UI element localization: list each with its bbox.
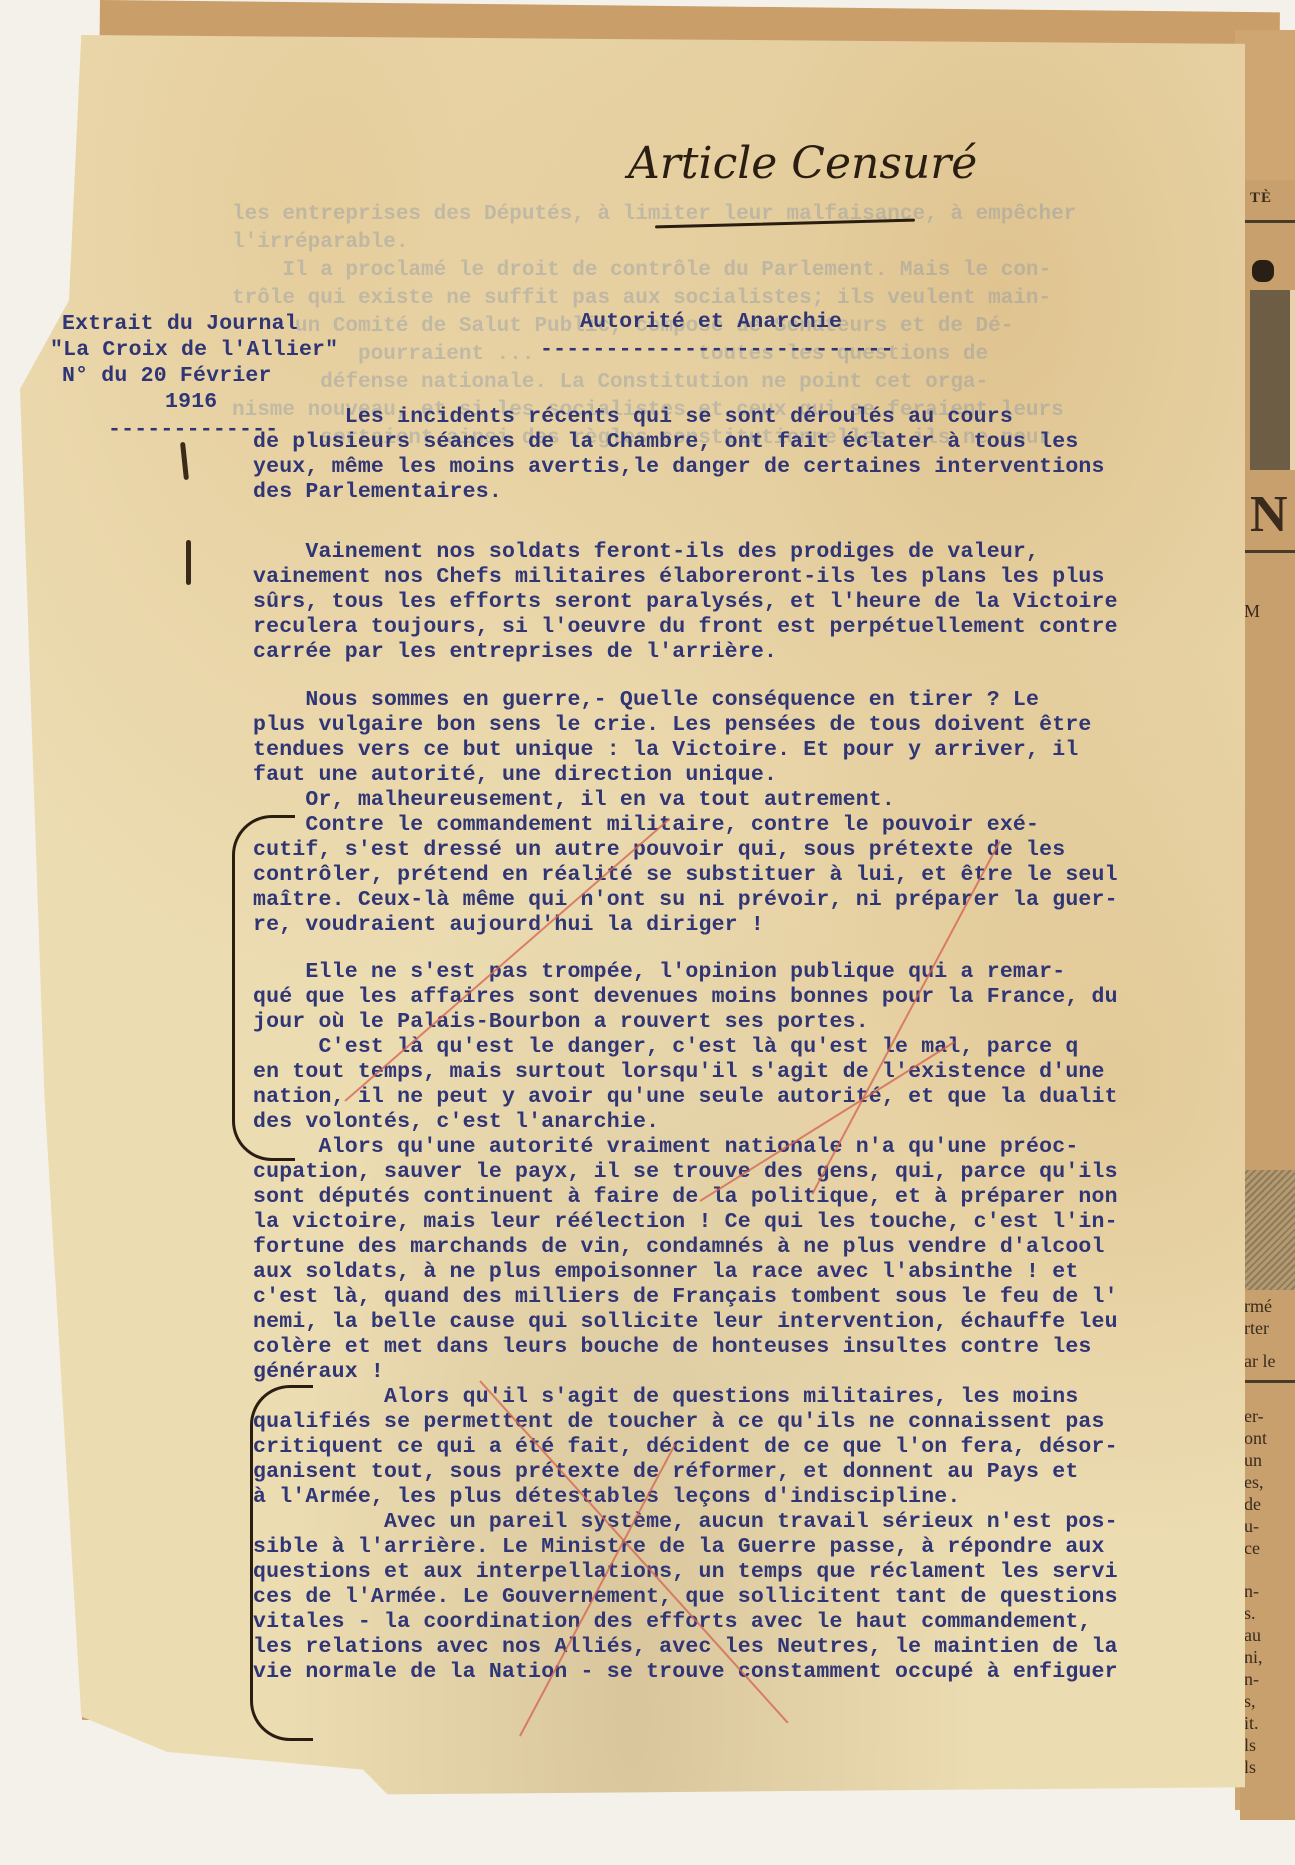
article-line: nemi, la belle cause qui sollicite leur … bbox=[253, 1310, 1118, 1334]
article-line: carrée par les entreprises de l'arrière. bbox=[253, 640, 777, 664]
source-date: N° du 20 Février bbox=[62, 364, 272, 388]
article-line: contrôler, prétend en réalité se substit… bbox=[253, 863, 1118, 887]
newspaper-fragment: M bbox=[1244, 600, 1260, 622]
newspaper-fragment: s, bbox=[1244, 1690, 1256, 1712]
pen-mark bbox=[186, 540, 191, 585]
newspaper-big-letter-n: N bbox=[1250, 485, 1288, 544]
source-line: Extrait du Journal bbox=[62, 312, 298, 336]
article-line: des Parlementaires. bbox=[253, 480, 502, 504]
newspaper-fragment: ce bbox=[1244, 1537, 1260, 1559]
article-title: Autorité et Anarchie bbox=[580, 310, 842, 334]
article-line: Vainement nos soldats feront-ils des pro… bbox=[253, 540, 1039, 564]
article-line: colère et met dans leurs bouche de honte… bbox=[253, 1335, 1092, 1359]
article-line: cupation, sauver le payx, il se trouve d… bbox=[253, 1160, 1118, 1184]
article-line: yeux, même les moins avertis,le danger d… bbox=[253, 455, 1105, 479]
article-line: Alors qu'il s'agit de questions militair… bbox=[253, 1385, 1078, 1409]
newspaper-fragment: ls bbox=[1244, 1756, 1256, 1778]
newspaper-fragment: rter bbox=[1244, 1317, 1269, 1339]
margin-bracket bbox=[250, 1385, 313, 1741]
newspaper-letter-dot bbox=[1252, 260, 1274, 282]
newspaper-fragment: ni, bbox=[1244, 1646, 1263, 1668]
article-line: Alors qu'une autorité vraiment nationale… bbox=[253, 1135, 1078, 1159]
article-line: vainement nos Chefs militaires élaborero… bbox=[253, 565, 1105, 589]
newspaper-rule bbox=[1242, 220, 1295, 223]
source-year: 1916 bbox=[165, 390, 217, 414]
article-line: sible à l'arrière. Le Ministre de la Gue… bbox=[253, 1535, 1105, 1559]
article-line: Avec un pareil système, aucun travail sé… bbox=[253, 1510, 1118, 1534]
article-line: critiquent ce qui a été fait, décident d… bbox=[253, 1435, 1118, 1459]
article-line: les relations avec nos Alliés, avec les … bbox=[253, 1635, 1118, 1659]
article-line: re, voudraient aujourd'hui la diriger ! bbox=[253, 913, 764, 937]
article-line: Elle ne s'est pas trompée, l'opinion pub… bbox=[253, 960, 1065, 984]
article-line: vie normale de la Nation - se trouve con… bbox=[253, 1660, 1118, 1684]
source-newspaper-name: "La Croix de l'Allier" bbox=[50, 338, 338, 362]
newspaper-fragment: de bbox=[1244, 1493, 1261, 1515]
article-line: maître. Ceux-là même qui n'ont su ni pré… bbox=[253, 888, 1118, 912]
newspaper-fragment: er- bbox=[1244, 1405, 1264, 1427]
article-line: qualifiés se permettent de toucher à ce … bbox=[253, 1410, 1105, 1434]
article-line: Les incidents récents qui se sont déroul… bbox=[253, 405, 1013, 429]
article-line: à l'Armée, les plus détestables leçons d… bbox=[253, 1485, 961, 1509]
article-line: Nous sommes en guerre,- Quelle conséquen… bbox=[253, 688, 1039, 712]
margin-bracket bbox=[232, 815, 295, 1161]
article-line: questions et aux interpellations, un tem… bbox=[253, 1560, 1118, 1584]
article-line: sont députés continuent à faire de la po… bbox=[253, 1185, 1118, 1209]
newspaper-fragment: un bbox=[1244, 1449, 1262, 1471]
article-line: jour où le Palais-Bourbon a rouvert ses … bbox=[253, 1010, 869, 1034]
article-line: qué que les affaires sont devenues moins… bbox=[253, 985, 1118, 1009]
article-line: plus vulgaire bon sens le crie. Les pens… bbox=[253, 713, 1092, 737]
newspaper-fragment: u- bbox=[1244, 1515, 1259, 1537]
article-line: de plusieurs séances de la Chambre, ont … bbox=[253, 430, 1078, 454]
newspaper-fragment: it. bbox=[1244, 1712, 1259, 1734]
handwritten-censored-note: Article Censuré bbox=[628, 138, 977, 189]
newspaper-rule bbox=[1242, 1380, 1295, 1383]
article-line: Contre le commandement militaire, contre… bbox=[253, 813, 1039, 837]
newspaper-fragment: ls bbox=[1244, 1734, 1256, 1756]
newspaper-fragment: au bbox=[1244, 1624, 1261, 1646]
newspaper-rule bbox=[1242, 550, 1295, 553]
newspaper-edge: TÈ N M rmé rter ar le er- ont un es, de … bbox=[1240, 180, 1295, 1820]
article-line: nation, il ne peut y avoir qu'une seule … bbox=[253, 1085, 1118, 1109]
newspaper-header-fragment: TÈ bbox=[1250, 190, 1272, 207]
article-line: la victoire, mais leur réélection ! Ce q… bbox=[253, 1210, 1118, 1234]
newspaper-fragment: ar le bbox=[1244, 1350, 1275, 1372]
article-line: C'est là qu'est le danger, c'est là qu'e… bbox=[253, 1035, 1078, 1059]
article-line: fortune des marchands de vin, condamnés … bbox=[253, 1235, 1105, 1259]
article-line: ces de l'Armée. Le Gouvernement, que sol… bbox=[253, 1585, 1118, 1609]
article-line: c'est là, quand des milliers de Français… bbox=[253, 1285, 1118, 1309]
article-line: aux soldats, à ne plus empoisonner la ra… bbox=[253, 1260, 1078, 1284]
article-line: faut une autorité, une direction unique. bbox=[253, 763, 777, 787]
article-line: des volontés, c'est l'anarchie. bbox=[253, 1110, 659, 1134]
newspaper-fragment: s. bbox=[1244, 1602, 1256, 1624]
newspaper-fragment: es, bbox=[1244, 1471, 1264, 1493]
newspaper-fragment: ont bbox=[1244, 1427, 1267, 1449]
article-line: généraux ! bbox=[253, 1360, 384, 1384]
article-line: sûrs, tous les efforts seront paralysés,… bbox=[253, 590, 1118, 614]
article-line: tendues vers ce but unique : la Victoire… bbox=[253, 738, 1078, 762]
newspaper-fragment: n- bbox=[1244, 1580, 1259, 1602]
article-line: Or, malheureusement, il en va tout autre… bbox=[253, 788, 895, 812]
newspaper-fragment: rmé bbox=[1244, 1295, 1272, 1317]
newspaper-big-letter-i bbox=[1250, 290, 1295, 470]
article-line: reculera toujours, si l'oeuvre du front … bbox=[253, 615, 1118, 639]
article-line: vitales - la coordination des efforts av… bbox=[253, 1610, 1092, 1634]
article-line: cutif, s'est dressé un autre pouvoir qui… bbox=[253, 838, 1065, 862]
article-title-rule: --------------------------- bbox=[540, 338, 894, 362]
article-line: en tout temps, mais surtout lorsqu'il s'… bbox=[253, 1060, 1105, 1084]
newspaper-photo bbox=[1240, 1170, 1295, 1290]
newspaper-fragment: n- bbox=[1244, 1668, 1259, 1690]
